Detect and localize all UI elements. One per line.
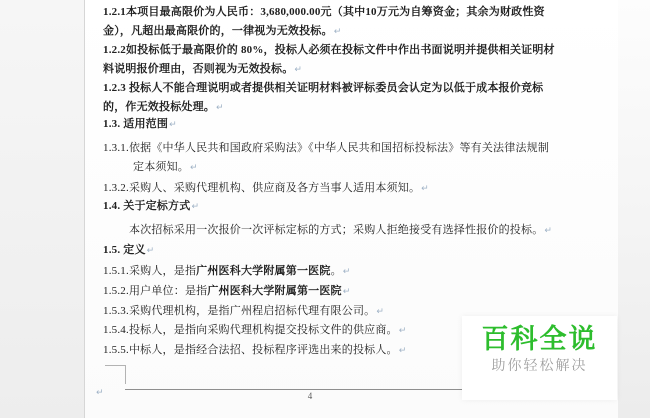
text-run: 1.5. 定义 [103,244,146,256]
text-run: 金），凡超出最高限价的，一律视为无效投标。 [103,25,333,37]
text-run: 1.2.2如投标低于最高限价的 80%，投标人必须在投标文件中作出书面说明并提供… [103,44,555,56]
paragraph-mark: ↵ [343,267,351,277]
text-line[interactable]: 1.3. 适用范围↵ [103,117,177,132]
text-run: 1.4. 关于定标方式 [103,200,190,212]
text-run: 广州医科大学附属第一医院 [196,265,330,277]
text-line[interactable]: 1.5. 定义↵ [103,243,154,258]
text-run: 1.5.1.采购人，是指 [103,265,196,277]
text-run: 1.5.3.采购代理机构，是指广州程启招标代理有限公司。 [103,305,375,317]
text-boundary-corner-mark-h [105,365,126,366]
text-run: 1.3.1.依据《中华人民共和国政府采购法》《中华人民共和国招标投标法》等有关法… [103,142,549,154]
paragraph-mark: ↵ [191,202,199,212]
text-line[interactable]: 料说明报价理由，否则视为无效投标。↵ [103,62,302,77]
text-line[interactable]: 1.5.1.采购人，是指广州医科大学附属第一医院。↵ [103,264,351,279]
footer-paragraph-mark: ↵ [96,388,104,398]
text-run: 广州医科大学附属第一医院 [207,285,341,297]
text-line[interactable]: 1.3.2.采购人、采购代理机构、供应商及各方当事人适用本须知。↵ [103,181,429,196]
page-left-margin [0,0,85,418]
text-run: 本次招标采用一次报价一次评标定标的方式；采购人拒绝接受有选择性报价的投标。 [129,224,543,236]
watermark-subtitle: 助你轻松解决 [462,356,617,376]
text-line[interactable]: 1.5.4.投标人，是指向采购代理机构提交投标文件的供应商。↵ [103,323,407,338]
text-run: 1.2.3 投标人不能合理说明或者提供相关证明材料被评标委员会认定为以低于成本报… [103,82,543,94]
text-line[interactable]: 1.5.3.采购代理机构，是指广州程启招标代理有限公司。↵ [103,304,384,319]
paragraph-mark: ↵ [190,163,198,173]
text-line[interactable]: 1.5.2.用户单位：是指广州医科大学附属第一医院↵ [103,284,351,299]
paragraph-mark: ↵ [421,184,429,194]
paragraph-mark: ↵ [399,326,407,336]
text-line[interactable]: 本次招标采用一次报价一次评标定标的方式；采购人拒绝接受有选择性报价的投标。↵ [129,223,552,238]
text-line[interactable]: 1.3.1.依据《中华人民共和国政府采购法》《中华人民共和国招标投标法》等有关法… [103,141,549,155]
text-run: 。 [331,265,342,277]
watermark-title: 百科全说 [462,324,617,356]
text-line[interactable]: 的，作无效投标处理。↵ [103,100,224,115]
text-line[interactable]: 金），凡超出最高限价的，一律视为无效投标。↵ [103,24,341,39]
page-number: 4 [300,391,320,401]
watermark-box: 百科全说 助你轻松解决 [462,316,617,400]
paragraph-mark: ↵ [169,120,177,130]
text-run: 1.5.2.用户单位：是指 [103,285,207,297]
text-run: 定本须知。 [133,161,189,173]
paragraph-mark: ↵ [544,226,552,236]
text-line[interactable]: 1.5.5.中标人，是指经合法招、投标程序评选出来的投标人。↵ [103,343,407,358]
paragraph-mark: ↵ [147,246,155,256]
paragraph-mark: ↵ [376,307,384,317]
paragraph-mark: ↵ [399,346,407,356]
text-run: 1.5.4.投标人，是指向采购代理机构提交投标文件的供应商。 [103,324,398,336]
text-line[interactable]: 1.2.3 投标人不能合理说明或者提供相关证明材料被评标委员会认定为以低于成本报… [103,81,543,95]
text-line[interactable]: 1.4. 关于定标方式↵ [103,199,199,214]
text-run: 1.5.5.中标人，是指经合法招、投标程序评选出来的投标人。 [103,344,398,356]
text-line[interactable]: 1.2.2如投标低于最高限价的 80%，投标人必须在投标文件中作出书面说明并提供… [103,43,555,57]
page-right-margin [618,0,650,418]
text-boundary-corner-mark-v [125,365,126,384]
paragraph-mark: ↵ [343,287,351,297]
text-run: 1.2.1本项目最高限价为人民币：3,680,000.00元（其中10万元为自筹… [103,6,545,18]
text-run: 1.3.2.采购人、采购代理机构、供应商及各方当事人适用本须知。 [103,182,420,194]
paragraph-mark: ↵ [294,65,302,75]
text-line[interactable]: 1.2.1本项目最高限价为人民币：3,680,000.00元（其中10万元为自筹… [103,5,545,19]
text-run: 料说明报价理由，否则视为无效投标。 [103,63,293,75]
text-run: 的，作无效投标处理。 [103,101,215,113]
text-line[interactable]: 定本须知。↵ [133,160,198,175]
text-run: 1.3. 适用范围 [103,118,168,130]
paragraph-mark: ↵ [334,27,342,37]
paragraph-mark: ↵ [216,103,224,113]
